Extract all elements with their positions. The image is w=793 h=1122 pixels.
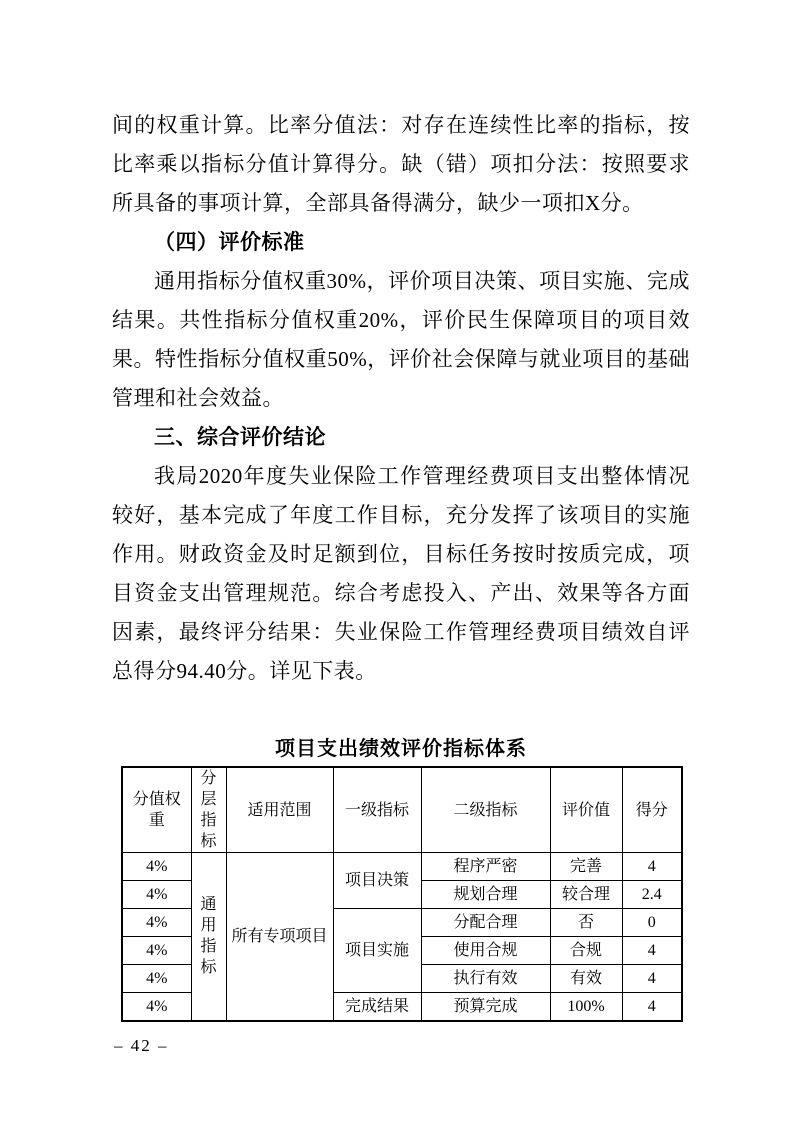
cell-level2-indicator: 执行有效 bbox=[421, 965, 550, 993]
cell-level2-indicator: 分配合理 bbox=[421, 909, 550, 937]
paragraph-overall-conclusion: 我局2020年度失业保险工作管理经费项目支出整体情况较好，基本完成了年度工作目标… bbox=[112, 457, 690, 691]
cell-layer-indicator: 通用指标 bbox=[191, 853, 226, 1021]
cell-score: 4 bbox=[622, 993, 682, 1021]
cell-evaluation-value: 完善 bbox=[550, 853, 622, 881]
cell-evaluation-value: 否 bbox=[550, 909, 622, 937]
heading-section-four-evaluation-criteria: （四）评价标准 bbox=[112, 223, 690, 262]
column-header-value: 评价值 bbox=[550, 767, 622, 853]
cell-evaluation-value: 有效 bbox=[550, 965, 622, 993]
cell-score: 4 bbox=[622, 853, 682, 881]
cell-evaluation-value: 100% bbox=[550, 993, 622, 1021]
cell-score: 0 bbox=[622, 909, 682, 937]
column-header-level1: 一级指标 bbox=[333, 767, 421, 853]
table-header-row: 分值权重 分层指标 适用范围 一级指标 二级指标 评价值 得分 bbox=[122, 767, 682, 853]
column-header-layer: 分层指标 bbox=[191, 767, 226, 853]
cell-weight: 4% bbox=[122, 881, 191, 909]
cell-weight: 4% bbox=[122, 853, 191, 881]
cell-weight: 4% bbox=[122, 993, 191, 1021]
column-header-scope: 适用范围 bbox=[226, 767, 333, 853]
table-title: 项目支出绩效评价指标体系 bbox=[112, 735, 690, 763]
cell-weight: 4% bbox=[122, 965, 191, 993]
cell-level2-indicator: 规划合理 bbox=[421, 881, 550, 909]
cell-weight: 4% bbox=[122, 909, 191, 937]
document-page: 间的权重计算。比率分值法：对存在连续性比率的指标，按比率乘以指标分值计算得分。缺… bbox=[0, 0, 793, 1122]
cell-score: 2.4 bbox=[622, 881, 682, 909]
heading-section-three-conclusion: 三、综合评价结论 bbox=[112, 418, 690, 457]
paragraph-scoring-method: 间的权重计算。比率分值法：对存在连续性比率的指标，按比率乘以指标分值计算得分。缺… bbox=[112, 106, 690, 223]
cell-applicable-scope: 所有专项项目 bbox=[226, 853, 333, 1021]
cell-score: 4 bbox=[622, 937, 682, 965]
page-number: – 42 – bbox=[114, 1036, 169, 1056]
column-header-level2: 二级指标 bbox=[421, 767, 550, 853]
column-header-score: 得分 bbox=[622, 767, 682, 853]
cell-evaluation-value: 合规 bbox=[550, 937, 622, 965]
cell-evaluation-value: 较合理 bbox=[550, 881, 622, 909]
cell-level2-indicator: 使用合规 bbox=[421, 937, 550, 965]
paragraph-evaluation-criteria: 通用指标分值权重30%，评价项目决策、项目实施、完成结果。共性指标分值权重20%… bbox=[112, 262, 690, 418]
cell-score: 4 bbox=[622, 965, 682, 993]
cell-level2-indicator: 预算完成 bbox=[421, 993, 550, 1021]
cell-level2-indicator: 程序严密 bbox=[421, 853, 550, 881]
document-body: 间的权重计算。比率分值法：对存在连续性比率的指标，按比率乘以指标分值计算得分。缺… bbox=[112, 106, 690, 1022]
cell-weight: 4% bbox=[122, 937, 191, 965]
cell-level1-indicator: 项目决策 bbox=[333, 853, 421, 909]
table-row: 4% 通用指标 所有专项项目 项目决策 程序严密 完善 4 bbox=[122, 853, 682, 881]
indicator-table: 分值权重 分层指标 适用范围 一级指标 二级指标 评价值 得分 4% 通用指标 … bbox=[121, 766, 683, 1022]
cell-level1-indicator: 完成结果 bbox=[333, 993, 421, 1021]
cell-level1-indicator: 项目实施 bbox=[333, 909, 421, 993]
column-header-weight: 分值权重 bbox=[122, 767, 191, 853]
